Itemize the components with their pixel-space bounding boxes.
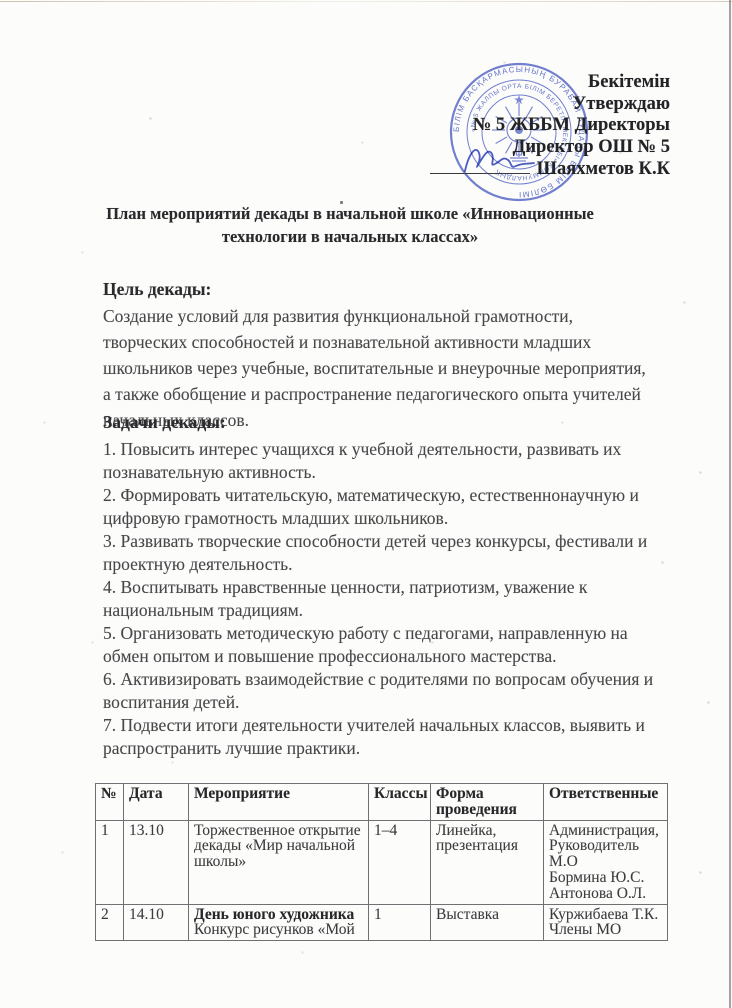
cell-date: 13.10 <box>124 820 189 904</box>
task-item: 7. Подвести итоги деятельности учителей … <box>103 714 661 760</box>
event-text: Торжественное открытие декады «Мир начал… <box>194 823 363 870</box>
goal-heading: Цель декады: <box>103 279 211 300</box>
table-row: 2 14.10 День юного художника Конкурс рис… <box>96 904 668 941</box>
cell-responsible: Куржибаева Т.К. Члены МО <box>544 904 668 941</box>
task-item: 4. Воспитывать нравственные ценности, па… <box>103 576 661 622</box>
signatory-name: Шаяхметов К.К <box>537 159 670 179</box>
approval-line-russian: Утверждаю <box>430 94 670 116</box>
cell-number: 2 <box>96 904 124 941</box>
scan-noise <box>0 0 1 1</box>
cell-number: 1 <box>96 820 124 904</box>
tasks-list: 1. Повысить интерес учащихся к учебной д… <box>103 438 661 760</box>
column-header-format: Форма проведения <box>431 784 544 821</box>
cell-classes: 1 <box>369 904 431 941</box>
scan-edge-top <box>0 1 732 2</box>
scanned-document-page: БІЛІМ БАСҚАРМАСЫНЫҢ БУРАБАЙ АУДАНЫ БІЛІМ… <box>0 0 732 1008</box>
column-header-classes: Классы <box>369 784 431 821</box>
cell-event: День юного художника Конкурс рисунков «М… <box>189 904 369 941</box>
tasks-heading: Задачи декады: <box>103 412 226 433</box>
event-text: Конкурс рисунков «Мой <box>194 922 363 938</box>
document-title: План мероприятий декады в начальной школ… <box>70 202 630 248</box>
column-header-number: № <box>96 784 124 821</box>
cell-format: Линейка, презентация <box>431 820 544 904</box>
cell-format: Выставка <box>431 904 544 941</box>
column-header-date: Дата <box>124 784 189 821</box>
scan-edge-right <box>729 0 731 1008</box>
task-item: 2. Формировать читательскую, математичес… <box>103 484 661 530</box>
task-item: 5. Организовать методическую работу с пе… <box>103 622 661 668</box>
cell-classes: 1–4 <box>369 820 431 904</box>
cell-responsible: Администрация, Руководитель М.О Бормина … <box>544 820 668 904</box>
cell-date: 14.10 <box>124 904 189 941</box>
column-header-event: Мероприятие <box>189 784 369 821</box>
events-table: № Дата Мероприятие Классы Форма проведен… <box>95 783 668 941</box>
approval-line-school: № 5 ЖББМ Директоры <box>430 115 670 137</box>
task-item: 6. Активизировать взаимодействие с родит… <box>103 668 661 714</box>
approval-line-kazakh: Бекітемін <box>430 72 670 94</box>
director-signature <box>462 139 547 179</box>
cell-event: Торжественное открытие декады «Мир начал… <box>189 820 369 904</box>
task-item: 1. Повысить интерес учащихся к учебной д… <box>103 438 661 484</box>
table-header-row: № Дата Мероприятие Классы Форма проведен… <box>96 784 668 821</box>
event-title: День юного художника <box>194 907 363 923</box>
table-row: 1 13.10 Торжественное открытие декады «М… <box>96 820 668 904</box>
column-header-responsible: Ответственные <box>544 784 668 821</box>
task-item: 3. Развивать творческие способности дете… <box>103 530 661 576</box>
